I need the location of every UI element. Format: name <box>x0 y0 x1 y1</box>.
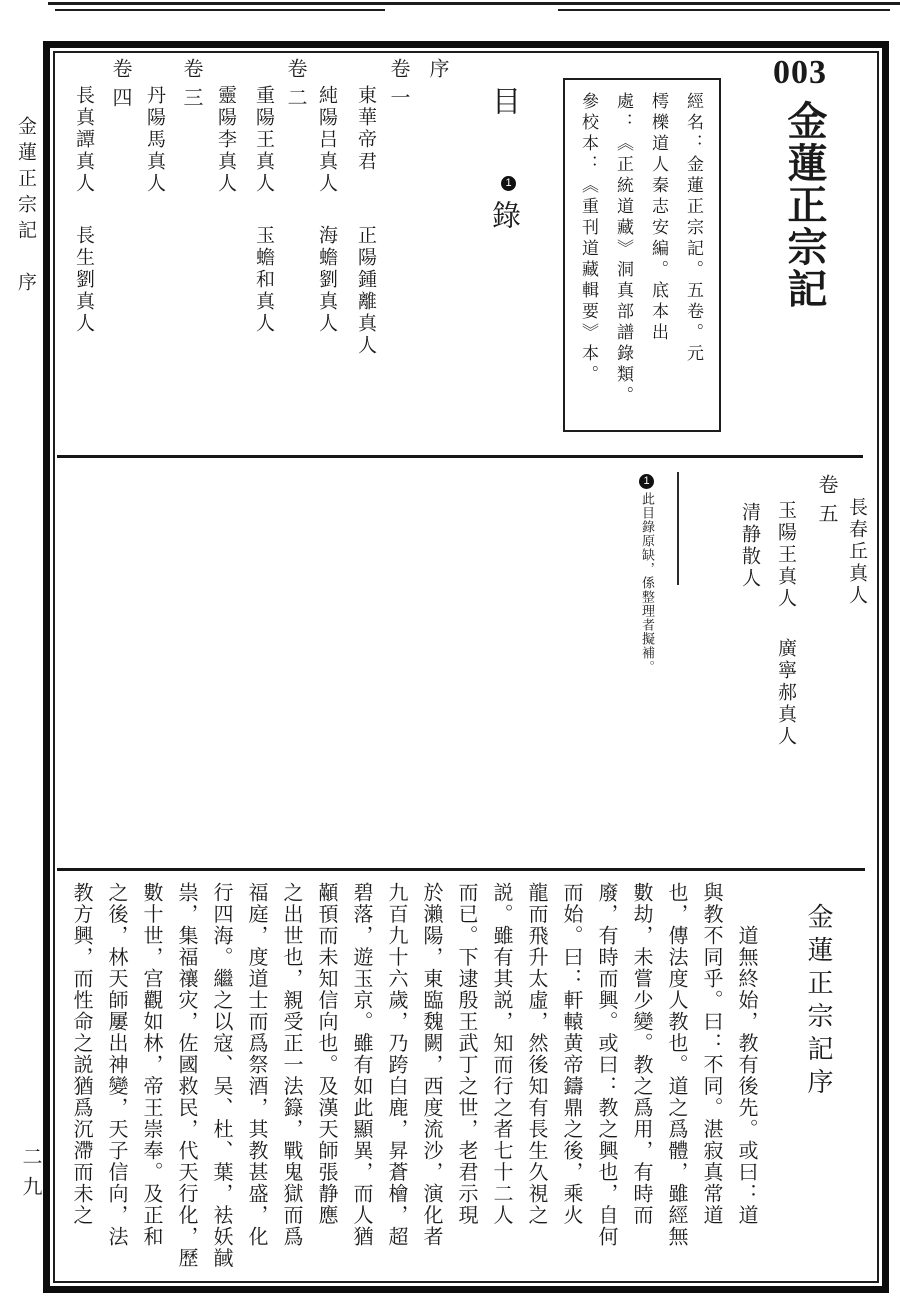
preface-column: 也，傳法度人教也。道之爲體，雖經無 <box>658 882 693 1280</box>
toc-entry: 玉陽王真人 <box>772 500 799 638</box>
preface-column: 顢頇而未知信向也。及漢天師張静應 <box>308 882 343 1280</box>
preface-column: 而已。下逮殷王武丁之世，老君示現 <box>448 882 483 1280</box>
toc-column: 長春丘真人 <box>843 497 870 607</box>
toc-column: 靈陽李真人 <box>212 85 239 195</box>
colophon-line: 經名：金蓮正宗記。五卷。元 <box>676 92 711 422</box>
colophon-line: 處：《正統道藏》洞真部譜錄類。 <box>606 92 641 422</box>
preface-column: 廢，有時而興。或曰：教之興也，自何 <box>588 882 623 1280</box>
toc-section-label: 序 <box>423 58 452 87</box>
section-divider <box>57 868 865 871</box>
toc-entry: 重陽王真人 <box>250 85 277 225</box>
preface-title: 金蓮正宗記序 <box>800 903 837 1101</box>
preface-column: 行四海。繼之以寇、吴、杜、葉，袪妖馘 <box>203 882 238 1280</box>
footnote-rule <box>677 472 679 585</box>
footnote-marker: 1 <box>639 474 654 489</box>
preface-column: 於瀨陽，東臨魏闕，西度流沙，演化者 <box>413 882 448 1280</box>
toc-entry: 長真譚真人 <box>70 85 97 225</box>
preface-body: 道無終始，教有後先。或曰：道 與教不同乎。曰：不同。湛寂真常道 也，傳法度人教也… <box>63 882 763 1280</box>
toc-entry: 海蟾劉真人 <box>313 225 340 335</box>
toc-section-label: 卷四 <box>106 58 135 116</box>
toc-section-label: 卷一 <box>384 58 413 116</box>
book-title: 金蓮正宗記 <box>776 100 833 310</box>
preface-column: 而始。曰：軒轅黄帝鑄鼎之後，乘火 <box>553 882 588 1280</box>
toc-section-label: 卷二 <box>281 58 310 116</box>
toc-entry: 玉蟾和真人 <box>250 225 277 335</box>
toc-column: 東華帝君正陽鍾離真人 <box>352 85 379 357</box>
toc-entry: 純陽吕真人 <box>313 85 340 225</box>
toc-entry: 靈陽李真人 <box>212 85 239 195</box>
toc-column: 清静散人 <box>736 502 763 590</box>
toc-column: 丹陽馬真人 <box>141 85 168 195</box>
scan-artifact-line <box>48 2 900 5</box>
toc-section-label: 卷五 <box>812 474 841 532</box>
toc-entry: 長春丘真人 <box>843 497 870 607</box>
toc-column: 重陽王真人玉蟾和真人 <box>250 85 277 335</box>
toc-entry: 廣寧郝真人 <box>772 638 799 748</box>
preface-column: 與教不同乎。曰：不同。湛寂真常道 <box>693 882 728 1280</box>
preface-column: 之出世也，親受正一法籙，戰鬼獄而爲 <box>273 882 308 1280</box>
footnote-reference-badge: 1 <box>501 176 516 191</box>
colophon-box: 經名：金蓮正宗記。五卷。元 樗櫟道人秦志安編。底本出 處：《正統道藏》洞真部譜錄… <box>563 78 721 432</box>
preface-column: 説。雖有其説，知而行之者七十二人 <box>483 882 518 1280</box>
preface-column: 福庭，度道士而爲祭酒，其教甚盛，化 <box>238 882 273 1280</box>
toc-entry: 長生劉真人 <box>70 225 97 335</box>
preface-column: 數十世，宫觀如林，帝王崇奉。及正和 <box>133 882 168 1280</box>
preface-column: 道無終始，教有後先。或曰：道 <box>728 882 763 1280</box>
preface-column: 數劫，未嘗少變。教之爲用，有時而 <box>623 882 658 1280</box>
toc-heading: 目 錄 <box>484 86 525 257</box>
page-number: 二九 <box>16 1146 45 1206</box>
colophon-line: 參校本：《重刊道藏輯要》本。 <box>571 92 606 422</box>
scanned-page: { "colors": { "ink": "#1a1a1a", "paper":… <box>0 0 900 1300</box>
colophon-line: 樗櫟道人秦志安編。底本出 <box>641 92 676 422</box>
volume-code: 003 <box>770 54 830 92</box>
scan-artifact-line <box>558 9 890 11</box>
toc-column: 純陽吕真人海蟾劉真人 <box>313 85 340 335</box>
toc-column: 玉陽王真人廣寧郝真人 <box>772 500 799 748</box>
preface-column: 龍而飛升太虛，然後知有長生久視之 <box>518 882 553 1280</box>
preface-column: 之後，林天師屢出神變，天子信向，法 <box>98 882 133 1280</box>
preface-column: 祟，集福禳灾，佐國救民，代天行化，歷 <box>168 882 203 1280</box>
toc-column: 長真譚真人長生劉真人 <box>70 85 97 335</box>
toc-entry: 東華帝君 <box>352 85 379 225</box>
preface-column: 教方興，而性命之説猶爲沉滯而未之 <box>63 882 98 1280</box>
toc-entry: 正陽鍾離真人 <box>352 225 379 357</box>
preface-column: 九百九十六歲，乃跨白鹿，昇蒼檜，超 <box>378 882 413 1280</box>
footnote-text: 此目錄原缺，係整理者擬補。 <box>638 492 657 674</box>
toc-section-label: 卷三 <box>177 58 206 116</box>
scan-artifact-line <box>55 9 385 11</box>
toc-entry: 丹陽馬真人 <box>141 85 168 195</box>
preface-column: 碧落，遊玉京。雖有如此顯異，而人猶 <box>343 882 378 1280</box>
toc-entry: 清静散人 <box>736 502 763 590</box>
margin-running-title: 金蓮正宗記 序 <box>12 116 39 298</box>
section-divider <box>57 455 863 458</box>
